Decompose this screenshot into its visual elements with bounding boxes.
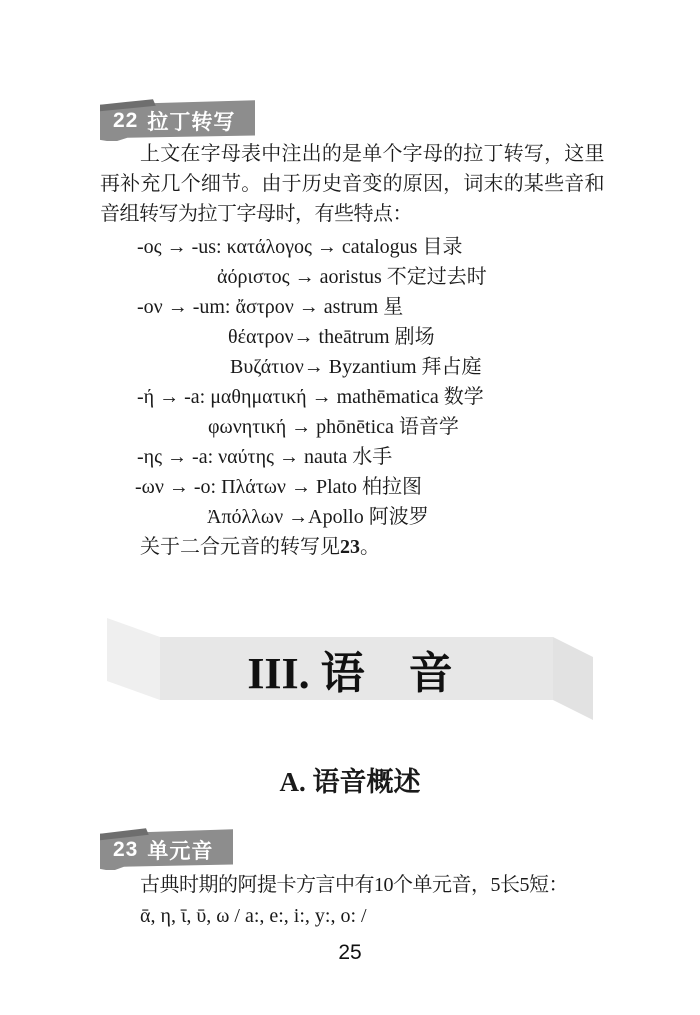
example-line: Ἀπόλλων →Apollo 阿波罗 bbox=[207, 502, 620, 532]
book-page: 22 拉丁转写 上文在字母表中注出的是单个字母的拉丁转写，这里再补充几个细节。由… bbox=[0, 0, 700, 1015]
example-line: ἀόριστος → aoristus 不定过去时 bbox=[217, 262, 620, 292]
example-line: φωνητική → phōnētica 语音学 bbox=[208, 412, 620, 442]
cross-reference: 23 bbox=[340, 536, 360, 558]
example-line: Βυζάτιον→ Byzantium 拜占庭 bbox=[230, 352, 620, 382]
part-3-banner: III. 语 音 bbox=[107, 617, 593, 722]
example-line: -ον → -um: ἄστρον → astrum 星 bbox=[137, 292, 620, 322]
monophthong-vowel-list: ᾱ, η, ῑ, ῡ, ω / a:, e:, i:, y:, o: / bbox=[140, 901, 367, 931]
part-3-title: III. 语 音 bbox=[107, 637, 593, 700]
closing-line: 关于二合元音的转写见23。 bbox=[140, 532, 620, 562]
closing-punctuation: 。 bbox=[360, 536, 380, 558]
example-line: -ων → -o: Πλάτων → Plato 柏拉图 bbox=[135, 472, 620, 502]
closing-text: 关于二合元音的转写见 bbox=[140, 536, 340, 558]
example-line: θέατρον→ theātrum 剧场 bbox=[228, 322, 620, 352]
intro-paragraph: 上文在字母表中注出的是单个字母的拉丁转写，这里再补充几个细节。由于历史音变的原因… bbox=[100, 139, 604, 229]
section-number: 23 bbox=[113, 838, 138, 862]
transliteration-examples: -ος → -us: κατάλογος → catalogus 目录 ἀόρι… bbox=[100, 232, 620, 562]
section-title: 拉丁转写 bbox=[147, 106, 235, 136]
section-number: 22 bbox=[113, 109, 138, 133]
section-title: 单元音 bbox=[147, 835, 213, 865]
section-23-header-badge: 23 单元音 bbox=[100, 826, 233, 870]
example-line: -ος → -us: κατάλογος → catalogus 目录 bbox=[137, 232, 620, 262]
page-number: 25 bbox=[0, 941, 700, 965]
example-line: -ή → -a: μαθηματική → mathēmatica 数学 bbox=[137, 382, 620, 412]
section-22-header-badge: 22 拉丁转写 bbox=[100, 97, 255, 141]
monophthong-intro-line: 古典时期的阿提卡方言中有10个单元音，5长5短： bbox=[140, 870, 568, 900]
subsection-a-title: A. 语音概述 bbox=[0, 760, 700, 799]
example-line: -ης → -a: ναύτης → nauta 水手 bbox=[137, 442, 620, 472]
